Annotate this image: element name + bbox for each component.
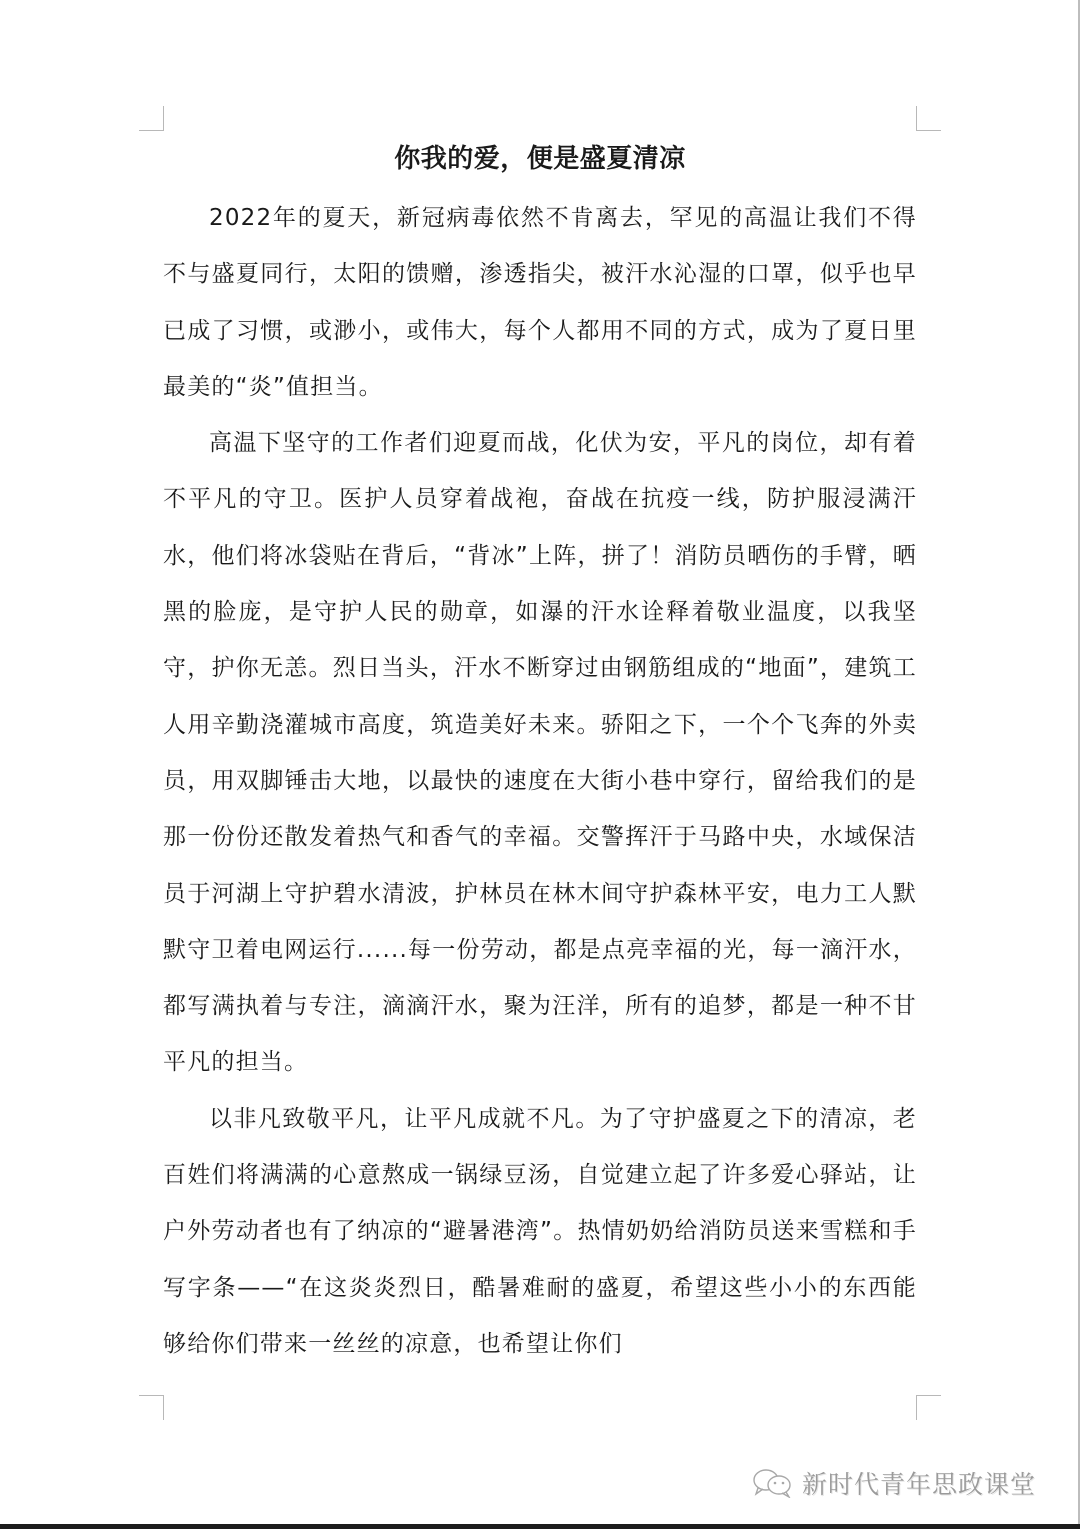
paragraph-1: 2022年的夏天，新冠病毒依然不肯离去，罕见的高温让我们不得不与盛夏同行，太阳的… [163,190,917,415]
margin-corner-mark-top-left [139,106,164,131]
paragraph-2: 高温下坚守的工作者们迎夏而战，化伏为安，平凡的岗位，却有着不平凡的守卫。医护人员… [163,415,917,1091]
margin-corner-mark-bottom-left [139,1395,164,1420]
document-body: 你我的爱，便是盛夏清凉 2022年的夏天，新冠病毒依然不肯离去，罕见的高温让我们… [163,138,917,1372]
paragraph-3: 以非凡致敬平凡，让平凡成就不凡。为了守护盛夏之下的清凉，老百姓们将满满的心意熬成… [163,1091,917,1372]
wechat-icon [752,1468,794,1498]
watermark-account-name: 新时代青年思政课堂 [802,1465,1036,1501]
margin-corner-mark-bottom-right [916,1395,941,1420]
margin-corner-mark-top-right [916,106,941,131]
document-title: 你我的爱，便是盛夏清凉 [163,138,917,180]
bottom-bar [0,1524,1080,1529]
watermark: 新时代青年思政课堂 [752,1465,1036,1501]
